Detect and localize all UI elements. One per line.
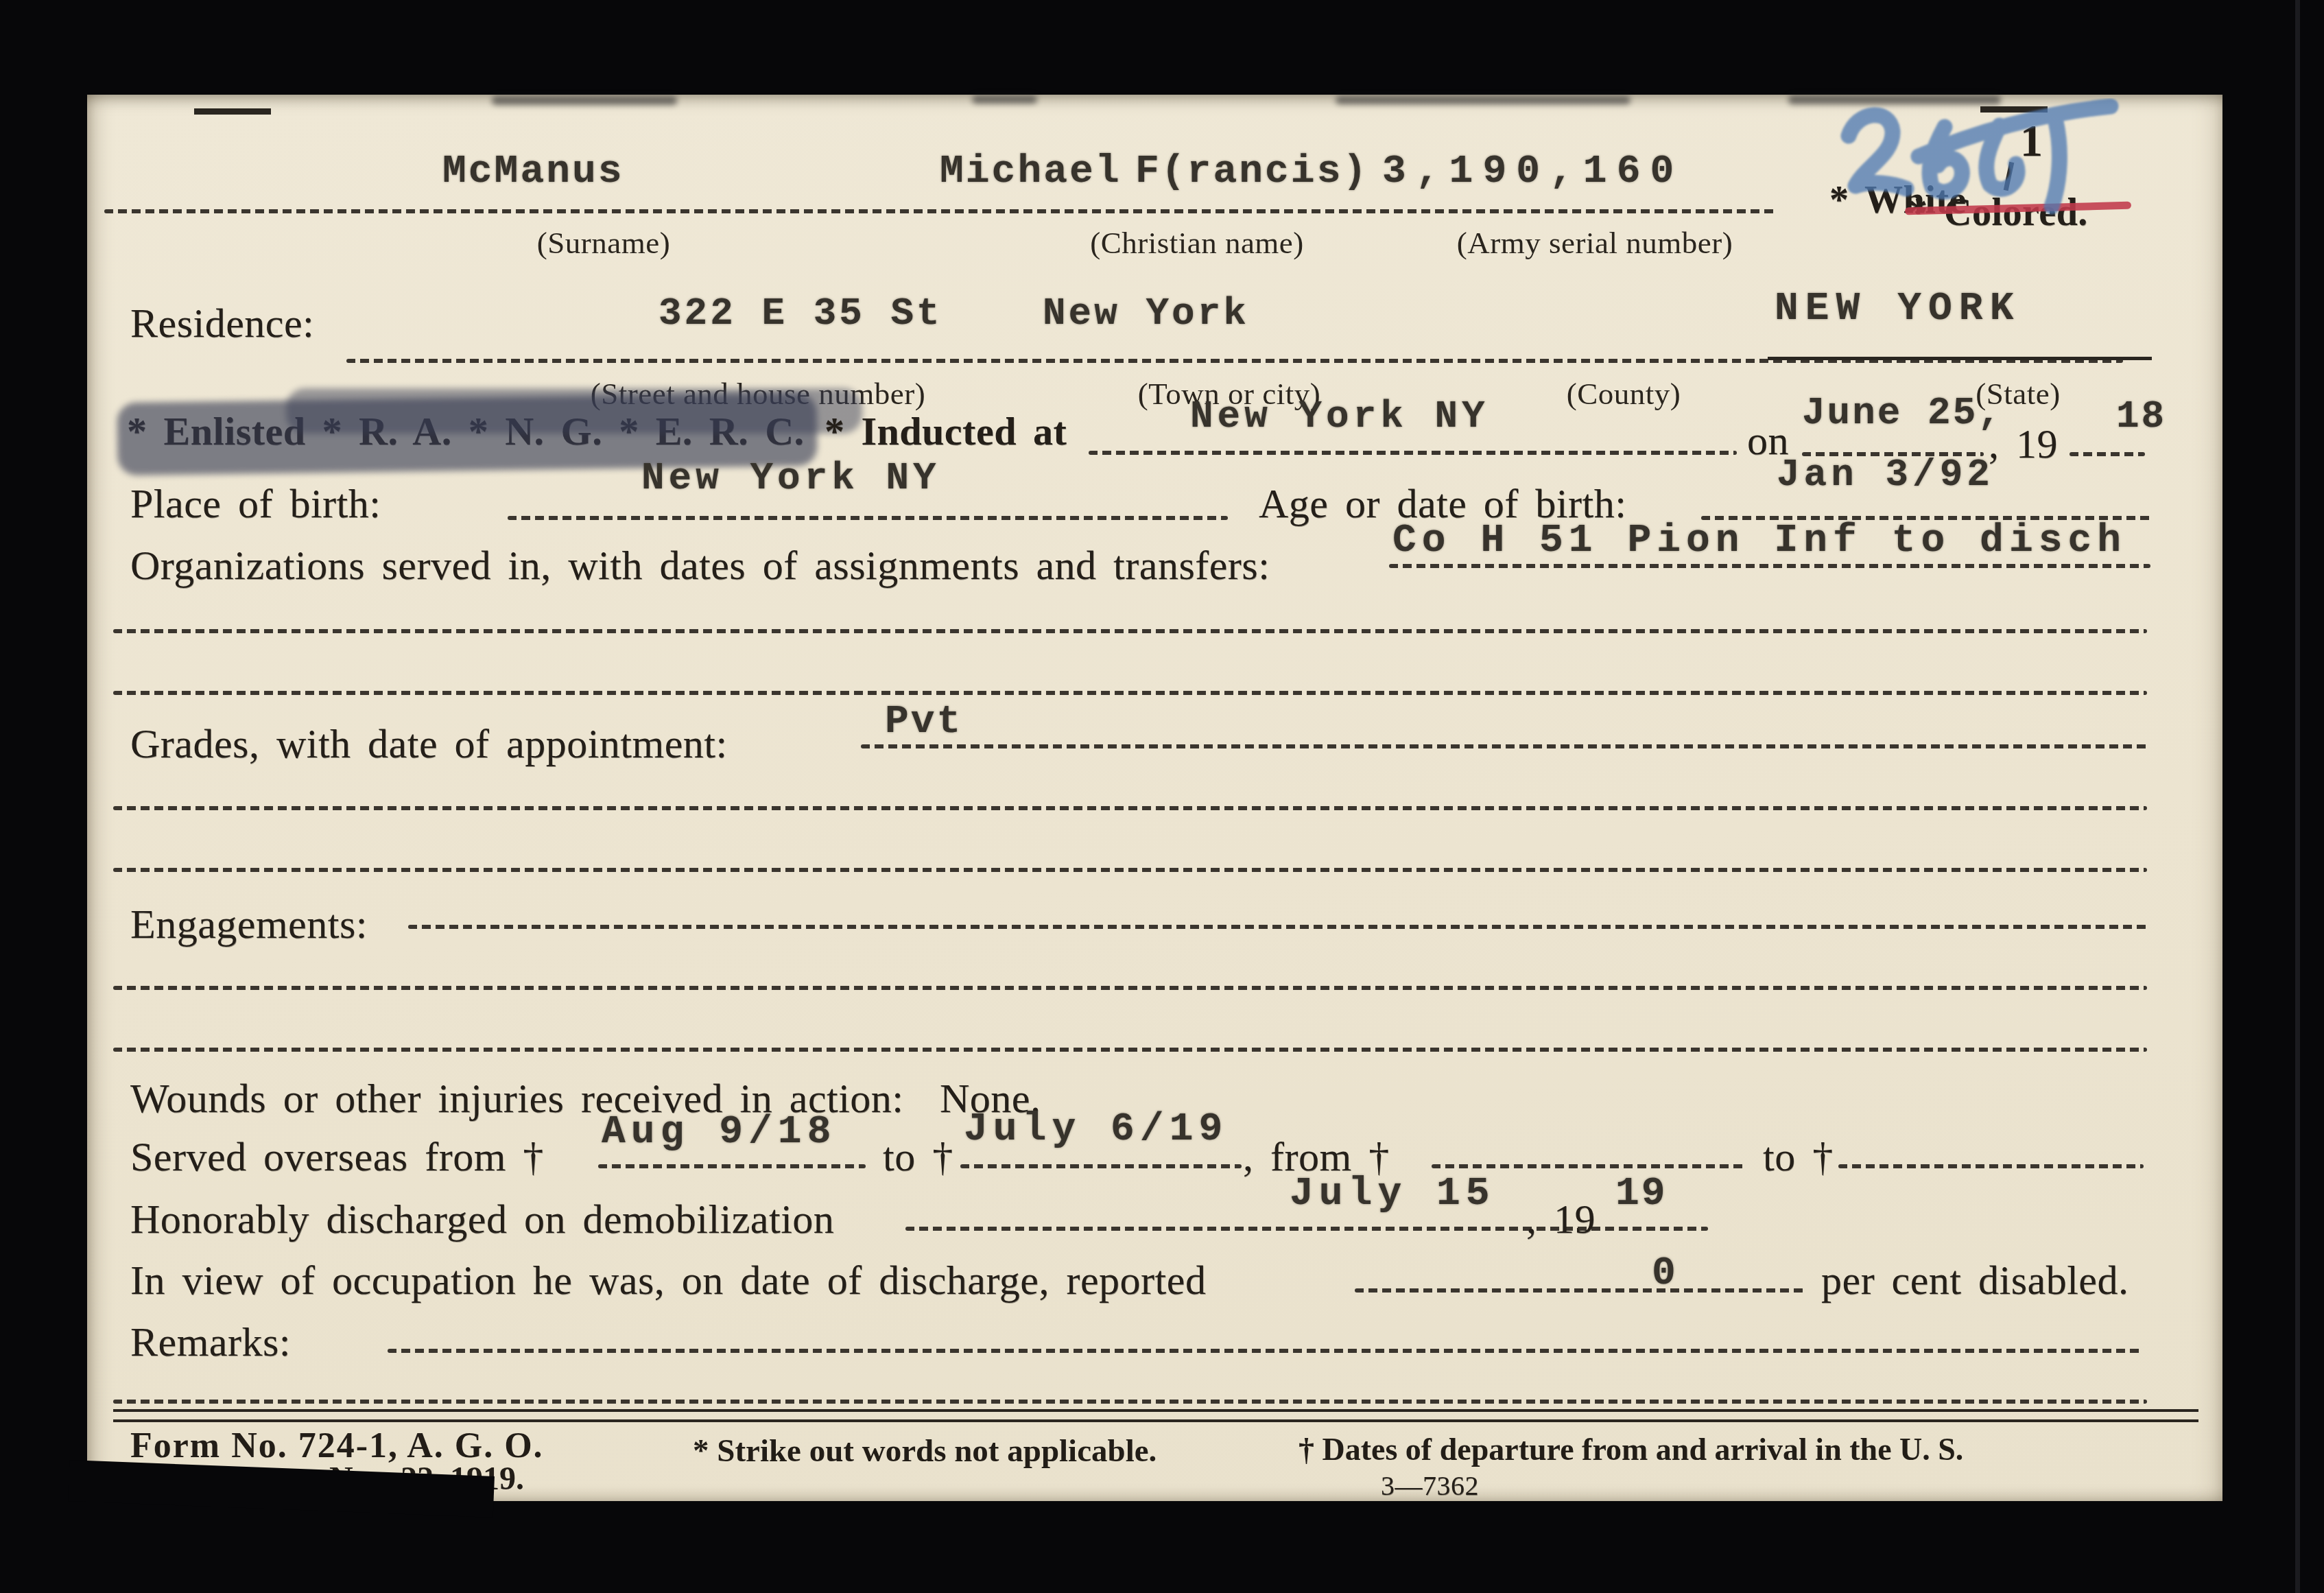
overseas-to1-typed: July 6/19: [964, 1107, 1228, 1152]
town-typed: New York: [1043, 292, 1249, 335]
disability-percent-typed: 0: [1652, 1251, 1678, 1296]
overseas-to2-label: to †: [1763, 1133, 1834, 1181]
label-county: (County): [1531, 376, 1716, 412]
middle-initial-typed: F(rancis): [1135, 150, 1368, 194]
state-typed: NEW YORK: [1775, 287, 2020, 331]
handwritten-scribble-2535: [1829, 98, 2124, 222]
scanned-card-image: McManus Michael F(rancis) 3,190,160 * Wh…: [0, 0, 2324, 1593]
organizations-rule: [1389, 564, 2150, 568]
date-rule-b: [2070, 452, 2145, 456]
label-surname: (Surname): [484, 225, 724, 261]
label-army-serial: (Army serial number): [1389, 225, 1801, 261]
remarks-label: Remarks:: [130, 1319, 291, 1366]
discharge-year-typed: 19: [1615, 1172, 1668, 1216]
blank-rule-1: [113, 629, 2147, 633]
christian-name-typed: Michael: [940, 150, 1122, 194]
street-typed: 322 E 35 St: [659, 292, 942, 335]
print-code: 3—7362: [1381, 1470, 1479, 1502]
induction-date-typed: June 25,: [1802, 391, 2003, 435]
overseas-label: Served overseas from †: [130, 1133, 544, 1181]
grade-typed: Pvt: [885, 700, 962, 744]
registration-dash: [194, 108, 271, 115]
overseas-rule-3: [1432, 1164, 1747, 1168]
inducted-at-label: * Inducted at: [825, 408, 1067, 454]
blank-rule-5: [113, 986, 2147, 990]
overseas-rule-4: [1838, 1164, 2144, 1168]
footer-double-rule: [113, 1409, 2198, 1422]
serial-number-typed: 3,190,160: [1382, 150, 1683, 194]
blank-rule-4: [113, 868, 2147, 872]
overseas-from1-typed: Aug 9/18: [602, 1110, 836, 1155]
engagements-rule: [408, 925, 2147, 929]
disability-rule: [1355, 1288, 1804, 1293]
wounds-label: Wounds or other injuries received in act…: [130, 1075, 1041, 1122]
blank-rule-3: [113, 806, 2147, 810]
organizations-label: Organizations served in, with dates of a…: [130, 542, 1270, 589]
overseas-to1-label: to †: [883, 1133, 953, 1181]
year-19-prefix: , 19: [1989, 421, 2058, 468]
inducted-rule: [1089, 451, 1737, 455]
residence-label: Residence:: [130, 300, 314, 347]
overseas-rule-2: [960, 1164, 1242, 1168]
discharge-label: Honorably discharged on demobilization: [130, 1196, 834, 1243]
service-record-card: McManus Michael F(rancis) 3,190,160 * Wh…: [87, 95, 2222, 1501]
engagements-label: Engagements:: [130, 901, 368, 948]
label-christian-name: (Christian name): [1039, 225, 1355, 261]
grades-rule: [861, 744, 2150, 748]
birth-place-rule: [508, 516, 1228, 520]
discharge-19-prefix: , 19: [1526, 1196, 1596, 1243]
strike-note: * Strike out words not applicable.: [693, 1432, 1157, 1470]
place-of-birth-label: Place of birth:: [130, 480, 381, 528]
disability-label: In view of occupation he was, on date of…: [130, 1257, 1206, 1304]
remarks-rule: [388, 1349, 2144, 1353]
ink-smear-upper: [286, 388, 862, 434]
overseas-rule-1: [598, 1164, 866, 1168]
scan-edge-streak: [2295, 0, 2300, 1593]
organizations-typed: Co H 51 Pion Inf to disch: [1392, 519, 2126, 563]
discharge-date-typed: July 15: [1290, 1172, 1495, 1216]
birth-place-typed: New York NY: [641, 456, 940, 500]
grades-label: Grades, with date of appointment:: [130, 720, 728, 768]
dagger-note: † Dates of departure from and arrival in…: [1299, 1431, 1963, 1467]
blank-rule-2: [113, 691, 2147, 695]
blank-rule-7: [113, 1400, 2147, 1404]
inducted-place-typed: New York NY: [1190, 394, 1489, 438]
induction-year-typed: 18: [2116, 394, 2166, 438]
name-line-rule: [104, 209, 1778, 213]
birth-date-typed: Jan 3/92: [1777, 453, 1994, 497]
blank-rule-6: [113, 1048, 2147, 1052]
surname-typed: McManus: [442, 150, 624, 194]
disability-suffix: per cent disabled.: [1821, 1257, 2129, 1304]
state-underline: [1768, 357, 2152, 360]
